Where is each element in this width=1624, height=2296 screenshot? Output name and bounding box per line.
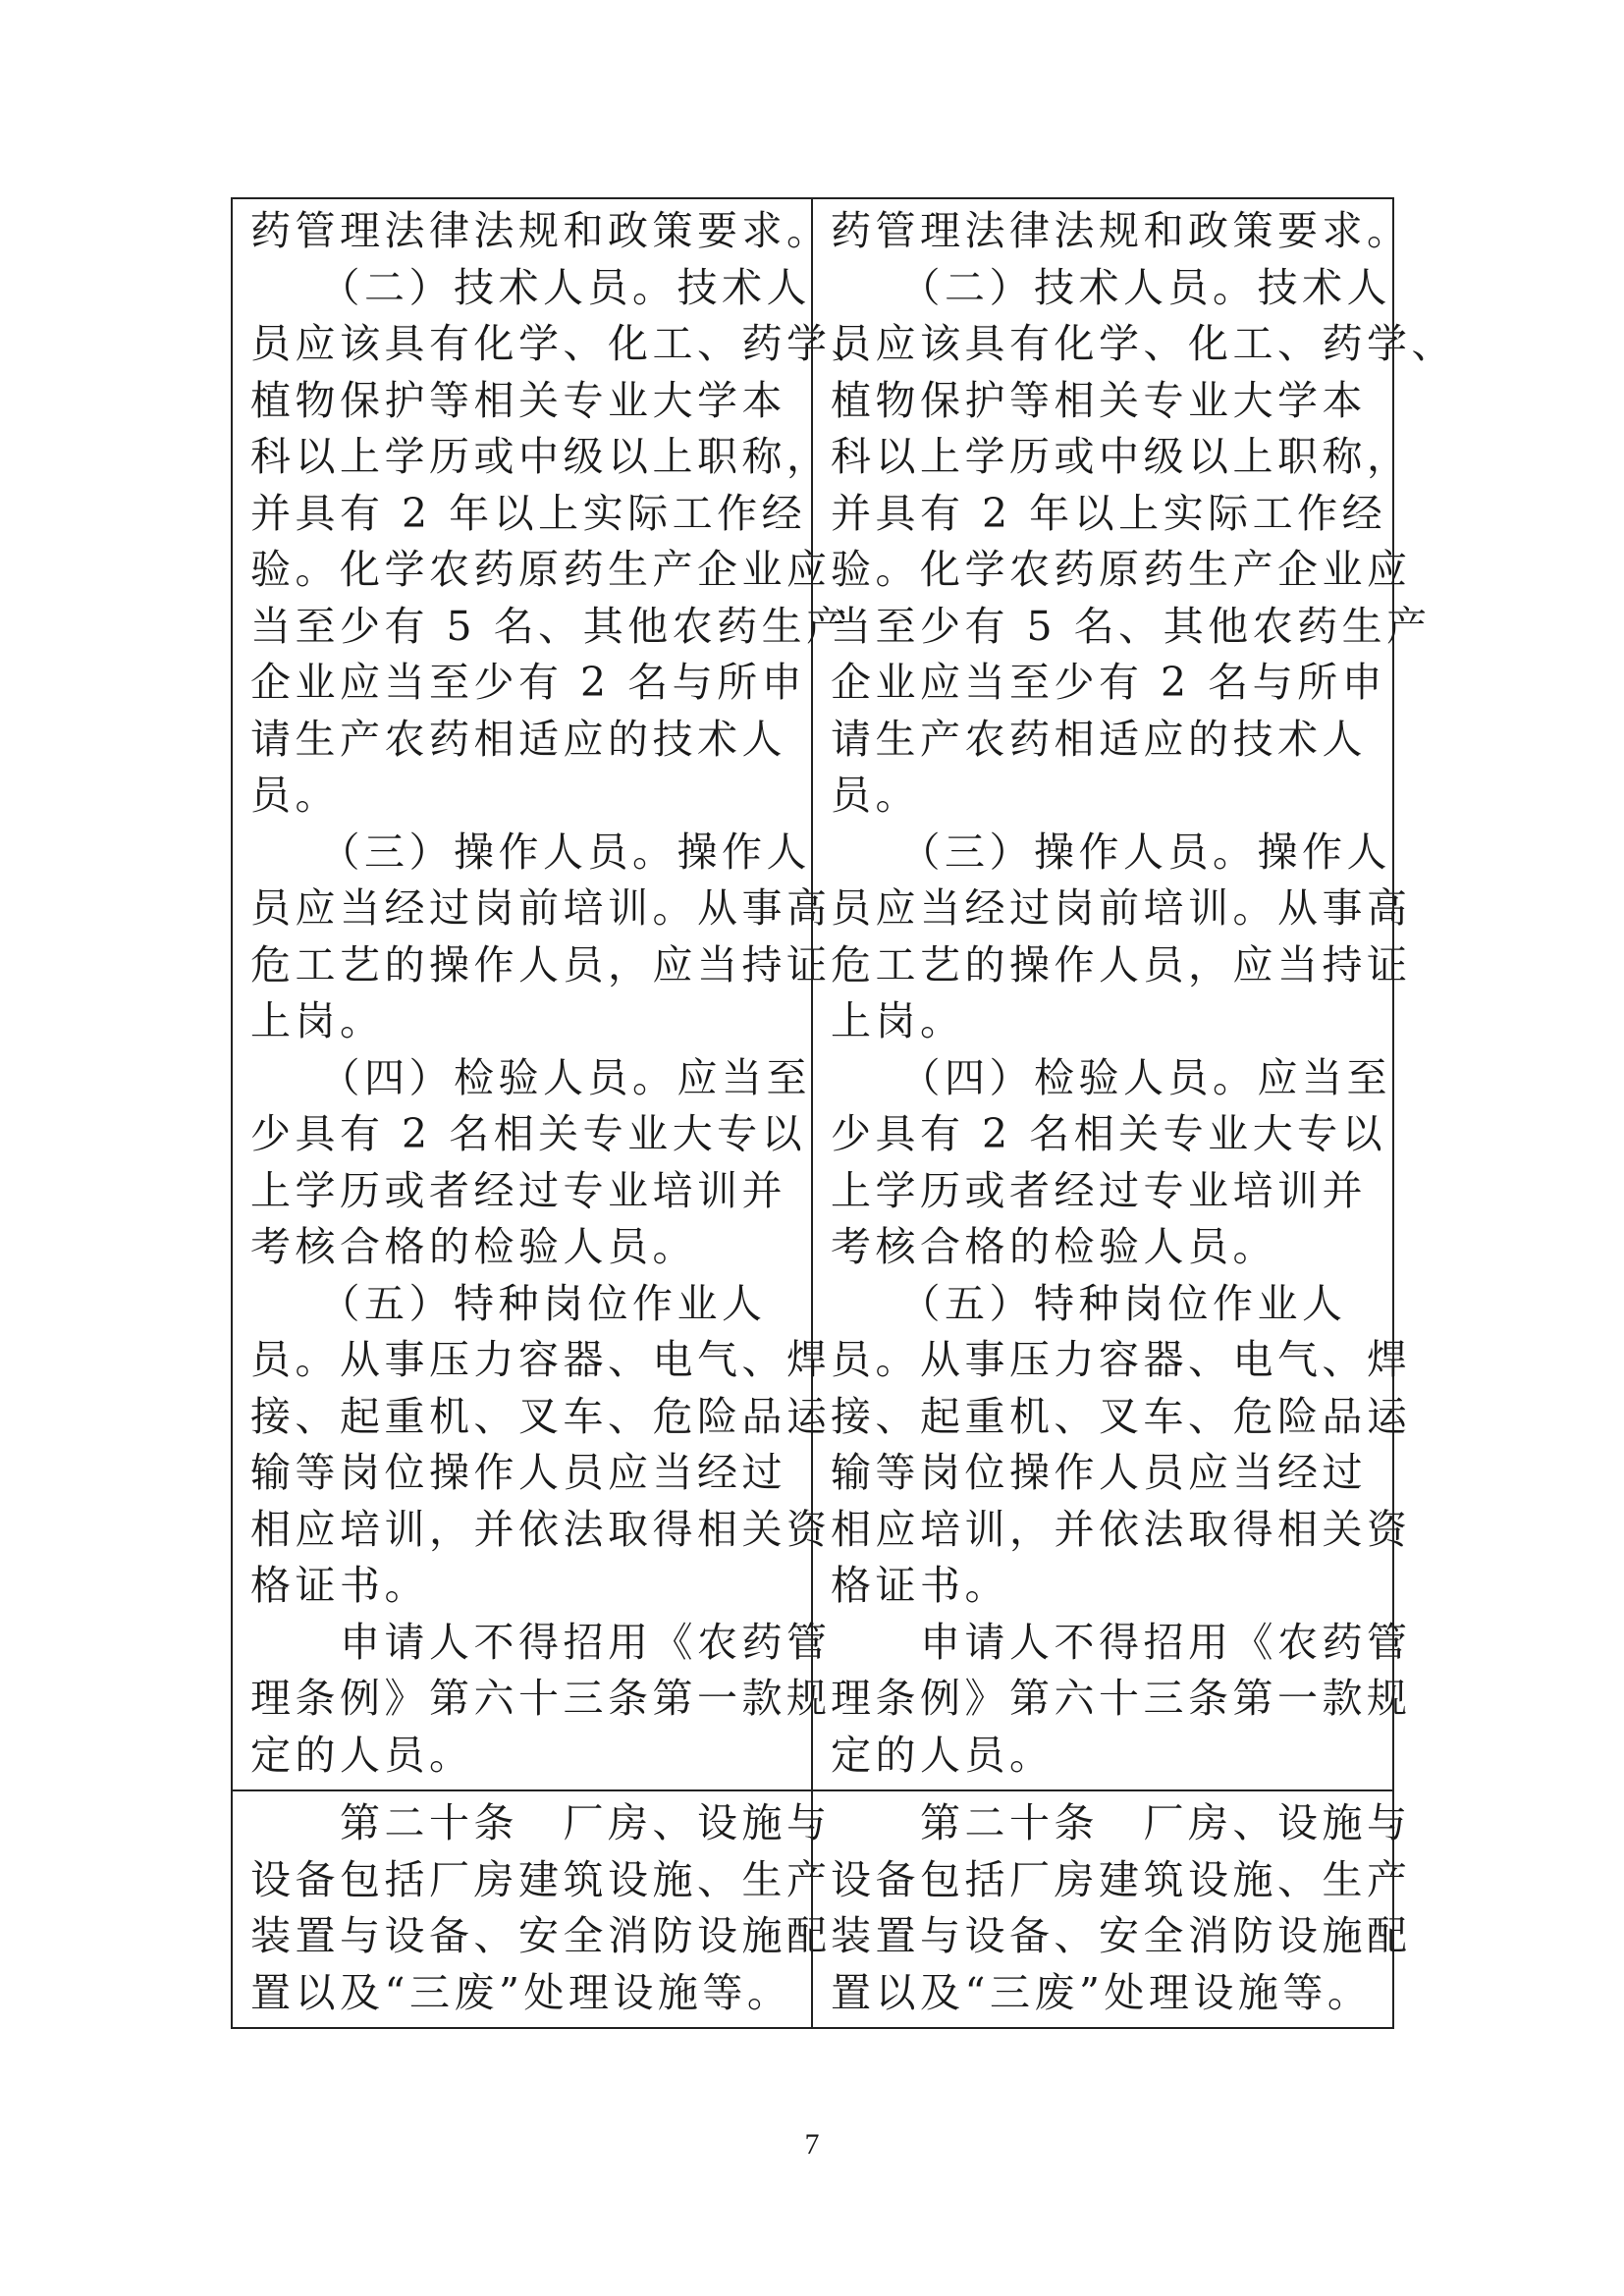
text-line: 员。从事压力容器、电气、焊 (250, 1332, 801, 1389)
text-line: 考核合格的检验人员。 (250, 1219, 801, 1276)
text-line: 接、起重机、叉车、危险品运 (831, 1389, 1382, 1446)
text-line: 危工艺的操作人员，应当持证 (250, 937, 801, 994)
text-line: 置以及“三废”处理设施等。 (831, 1965, 1382, 2022)
text-line: 科以上学历或中级以上职称， (250, 429, 801, 486)
text-line: 相应培训，并依法取得相关资 (250, 1502, 801, 1559)
table-row: 第二十条 厂房、设施与设备包括厂房建筑设施、生产装置与设备、安全消防设施配置以及… (232, 1790, 1393, 2028)
text-line: （五）特种岗位作业人 (831, 1276, 1382, 1333)
text-line: 第二十条 厂房、设施与 (250, 1795, 801, 1852)
text-line: 置以及“三废”处理设施等。 (250, 1965, 801, 2022)
text-line: 员应该具有化学、化工、药学、 (831, 316, 1382, 373)
table-row: 药管理法律法规和政策要求。 （二）技术人员。技术人员应该具有化学、化工、药学、植… (232, 198, 1393, 1790)
text-line: 请生产农药相适应的技术人 (831, 712, 1382, 769)
text-line: 装置与设备、安全消防设施配 (250, 1908, 801, 1965)
text-line: 当至少有 5 名、其他农药生产 (250, 599, 801, 656)
text-line: 理条例》第六十三条第一款规 (831, 1671, 1382, 1728)
text-line: 少具有 2 名相关专业大专以 (250, 1106, 801, 1163)
text-line: 员应当经过岗前培训。从事高 (250, 881, 801, 937)
text-line: 药管理法律法规和政策要求。 (250, 203, 801, 260)
text-line: 第二十条 厂房、设施与 (831, 1795, 1382, 1852)
text-line: 输等岗位操作人员应当经过 (831, 1445, 1382, 1502)
text-line: 验。化学农药原药生产企业应 (831, 542, 1382, 599)
text-line: 科以上学历或中级以上职称， (831, 429, 1382, 486)
text-line: 员。 (831, 768, 1382, 825)
text-line: 请生产农药相适应的技术人 (250, 712, 801, 769)
text-line: 设备包括厂房建筑设施、生产 (831, 1852, 1382, 1909)
text-line: （二）技术人员。技术人 (250, 260, 801, 317)
text-line: 申请人不得招用《农药管 (831, 1615, 1382, 1672)
text-line: 理条例》第六十三条第一款规 (250, 1671, 801, 1728)
text-line: 上学历或者经过专业培训并 (831, 1163, 1382, 1220)
left-cell: 药管理法律法规和政策要求。 （二）技术人员。技术人员应该具有化学、化工、药学、植… (232, 198, 812, 1790)
text-line: 员。从事压力容器、电气、焊 (831, 1332, 1382, 1389)
text-line: （二）技术人员。技术人 (831, 260, 1382, 317)
text-line: （四）检验人员。应当至 (831, 1050, 1382, 1107)
text-line: 并具有 2 年以上实际工作经 (250, 486, 801, 543)
text-line: 输等岗位操作人员应当经过 (250, 1445, 801, 1502)
text-line: 植物保护等相关专业大学本 (250, 373, 801, 430)
text-line: 接、起重机、叉车、危险品运 (250, 1389, 801, 1446)
text-line: （四）检验人员。应当至 (250, 1050, 801, 1107)
text-line: 格证书。 (250, 1558, 801, 1615)
text-line: 少具有 2 名相关专业大专以 (831, 1106, 1382, 1163)
right-cell: 药管理法律法规和政策要求。 （二）技术人员。技术人员应该具有化学、化工、药学、植… (812, 198, 1393, 1790)
page-number: 7 (0, 2128, 1624, 2162)
text-line: 员应该具有化学、化工、药学、 (250, 316, 801, 373)
text-line: 定的人员。 (831, 1728, 1382, 1785)
text-line: 装置与设备、安全消防设施配 (831, 1908, 1382, 1965)
text-line: 上学历或者经过专业培训并 (250, 1163, 801, 1220)
text-line: 相应培训，并依法取得相关资 (831, 1502, 1382, 1559)
text-line: 申请人不得招用《农药管 (250, 1615, 801, 1672)
text-line: 考核合格的检验人员。 (831, 1219, 1382, 1276)
comparison-table: 药管理法律法规和政策要求。 （二）技术人员。技术人员应该具有化学、化工、药学、植… (231, 197, 1394, 2029)
left-cell: 第二十条 厂房、设施与设备包括厂房建筑设施、生产装置与设备、安全消防设施配置以及… (232, 1790, 812, 2028)
text-line: （三）操作人员。操作人 (250, 825, 801, 881)
text-line: 员。 (250, 768, 801, 825)
text-line: 企业应当至少有 2 名与所申 (831, 655, 1382, 712)
text-line: 药管理法律法规和政策要求。 (831, 203, 1382, 260)
text-line: 并具有 2 年以上实际工作经 (831, 486, 1382, 543)
text-line: 上岗。 (831, 993, 1382, 1050)
text-line: 格证书。 (831, 1558, 1382, 1615)
text-line: 上岗。 (250, 993, 801, 1050)
right-cell: 第二十条 厂房、设施与设备包括厂房建筑设施、生产装置与设备、安全消防设施配置以及… (812, 1790, 1393, 2028)
text-line: 植物保护等相关专业大学本 (831, 373, 1382, 430)
text-line: 员应当经过岗前培训。从事高 (831, 881, 1382, 937)
text-line: （三）操作人员。操作人 (831, 825, 1382, 881)
text-line: 当至少有 5 名、其他农药生产 (831, 599, 1382, 656)
text-line: 企业应当至少有 2 名与所申 (250, 655, 801, 712)
text-line: 验。化学农药原药生产企业应 (250, 542, 801, 599)
text-line: （五）特种岗位作业人 (250, 1276, 801, 1333)
text-line: 危工艺的操作人员，应当持证 (831, 937, 1382, 994)
text-line: 设备包括厂房建筑设施、生产 (250, 1852, 801, 1909)
text-line: 定的人员。 (250, 1728, 801, 1785)
